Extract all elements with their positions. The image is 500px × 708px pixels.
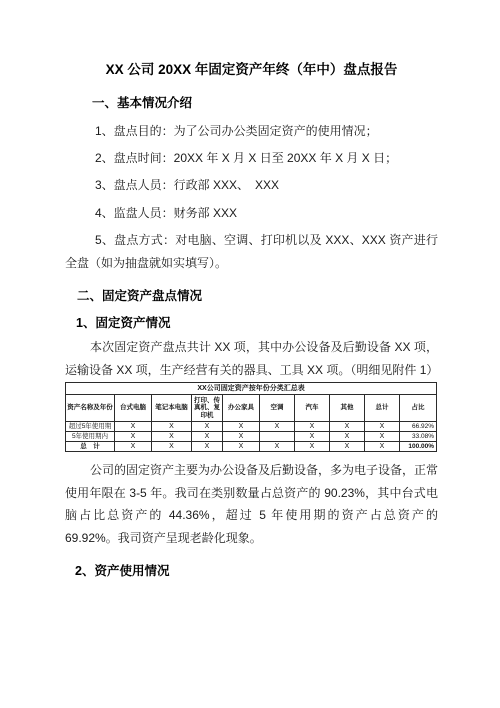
table-cell: X bbox=[223, 422, 260, 432]
table-cell: X bbox=[330, 442, 365, 452]
list-item-supervisor: 4、监盘人员：财务部 XXX bbox=[65, 202, 438, 225]
table-header-printer: 打印、传真机、复印机 bbox=[192, 395, 223, 422]
table-title: XX公司固定资产按年份分类汇总表 bbox=[66, 383, 437, 395]
table-row-within-5-years: 5年使用期内 X X X X X X X 33.08% bbox=[66, 432, 437, 442]
table-cell: X bbox=[223, 442, 260, 452]
table-cell: X bbox=[365, 422, 400, 432]
table-header-aircon: 空调 bbox=[260, 395, 295, 422]
table-cell: X bbox=[223, 432, 260, 442]
table-row-label: 超过5年使用期 bbox=[66, 422, 115, 432]
table-header-asset-year: 资产名称及年份 bbox=[66, 395, 115, 422]
table-cell: X bbox=[365, 442, 400, 452]
table-cell: X bbox=[192, 432, 223, 442]
table-cell: X bbox=[115, 422, 152, 432]
table-cell: X bbox=[260, 442, 295, 452]
list-item-personnel: 3、盘点人员：行政部 XXX、 XXX bbox=[65, 174, 438, 197]
document-page: XX 公司 20XX 年固定资产年终（年中）盘点报告 一、基本情况介绍 1、盘点… bbox=[0, 0, 500, 708]
table-header-car: 汽车 bbox=[295, 395, 330, 422]
section-1-heading: 一、基本情况介绍 bbox=[92, 96, 438, 110]
asset-classification-table: XX公司固定资产按年份分类汇总表 资产名称及年份 台式电脑 笔记本电脑 打印、传… bbox=[65, 382, 437, 452]
table-cell: X bbox=[152, 432, 192, 442]
section-2-heading: 二、固定资产盘点情况 bbox=[77, 289, 438, 303]
table-cell: X bbox=[152, 422, 192, 432]
table-cell: X bbox=[295, 442, 330, 452]
table-row-over-5-years: 超过5年使用期 X X X X X X X X 66.92% bbox=[66, 422, 437, 432]
table-cell: X bbox=[365, 432, 400, 442]
document-content: XX 公司 20XX 年固定资产年终（年中）盘点报告 一、基本情况介绍 1、盘点… bbox=[0, 0, 500, 578]
table-cell: X bbox=[295, 422, 330, 432]
document-title: XX 公司 20XX 年固定资产年终（年中）盘点报告 bbox=[65, 62, 438, 78]
table-cell: X bbox=[260, 422, 295, 432]
table-row-label: 5年使用期内 bbox=[66, 432, 115, 442]
table-cell: X bbox=[192, 442, 223, 452]
table-header-desktop: 台式电脑 bbox=[115, 395, 152, 422]
table-header-total: 总计 bbox=[365, 395, 400, 422]
asset-analysis-paragraph: 公司的固定资产主要为办公设备及后勤设备，多为电子设备，正常使用年限在 3-5 年… bbox=[65, 459, 438, 549]
table-cell-ratio: 33.08% bbox=[400, 432, 437, 442]
table-title-row: XX公司固定资产按年份分类汇总表 bbox=[66, 383, 437, 395]
table-cell: X bbox=[115, 432, 152, 442]
table-cell: X bbox=[192, 422, 223, 432]
table-cell: X bbox=[115, 442, 152, 452]
table-cell-ratio: 66.92% bbox=[400, 422, 437, 432]
table-header-ratio: 占比 bbox=[400, 395, 437, 422]
table-cell: X bbox=[330, 432, 365, 442]
subsection-1-heading: 1、固定资产情况 bbox=[76, 316, 438, 330]
list-item-time: 2、盘点时间：20XX 年 X 月 X 日至 20XX 年 X 月 X 日； bbox=[65, 147, 438, 170]
table-header-other: 其他 bbox=[330, 395, 365, 422]
table-cell: X bbox=[295, 432, 330, 442]
table-header-row: 资产名称及年份 台式电脑 笔记本电脑 打印、传真机、复印机 办公家具 空调 汽车… bbox=[66, 395, 437, 422]
table-cell-ratio: 100.00% bbox=[400, 442, 437, 452]
list-item-purpose: 1、盘点目的：为了公司办公类固定资产的使用情况； bbox=[65, 120, 438, 143]
list-item-method: 5、盘点方式：对电脑、空调、打印机以及 XXX、XXX 资产进行全盘（如为抽盘就… bbox=[65, 229, 438, 275]
asset-summary-paragraph: 本次固定资产盘点共计 XX 项，其中办公设备及后勤设备 XX 项，运输设备 XX… bbox=[65, 336, 438, 381]
table-header-laptop: 笔记本电脑 bbox=[152, 395, 192, 422]
subsection-2-heading: 2、资产使用情况 bbox=[75, 564, 438, 578]
table-cell: X bbox=[330, 422, 365, 432]
table-row-label: 总 计 bbox=[66, 442, 115, 452]
table-row-total: 总 计 X X X X X X X X 100.00% bbox=[66, 442, 437, 452]
table-cell: X bbox=[152, 442, 192, 452]
table-cell bbox=[260, 432, 295, 442]
table-header-furniture: 办公家具 bbox=[223, 395, 260, 422]
